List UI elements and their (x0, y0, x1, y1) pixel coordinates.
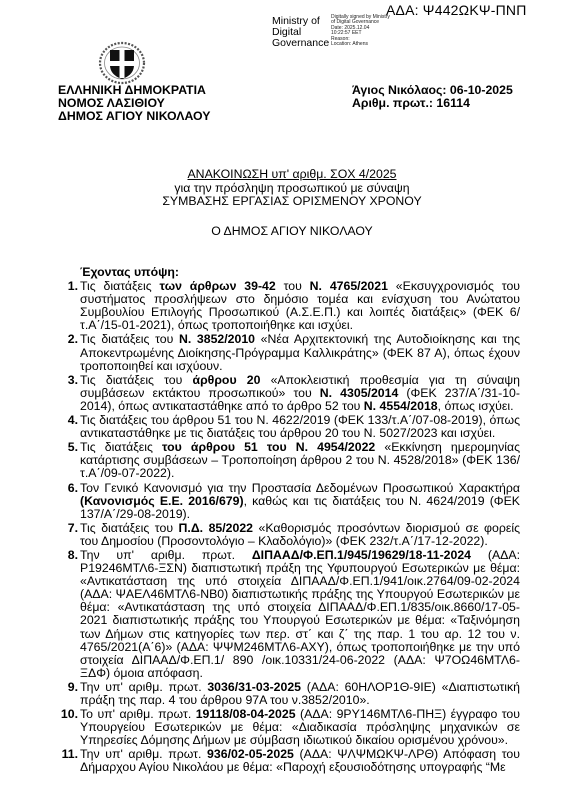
greek-coat-of-arms-icon (96, 41, 148, 85)
issuer-line-municipality: ΔΗΜΟΣ ΑΓΙΟΥ ΝΙΚΟΛΑΟΥ (58, 110, 210, 123)
title-line-3: ΣΥΜΒΑΣΗΣ ΕΡΓΑΣΙΑΣ ΟΡΙΣΜΕΝΟΥ ΧΡΟΝΟΥ (0, 195, 584, 209)
list-item: 2.Τις διατάξεις του Ν. 3852/2010 «Νέα Αρ… (58, 333, 520, 372)
title-line-2: για την πρόσληψη προσωπικού με σύναψη (0, 182, 584, 196)
list-item-number: 7. (58, 522, 78, 535)
intro-heading: Έχοντας υπόψη: (58, 266, 520, 279)
list-item-text: Το υπ' αριθμ. πρωτ. 19118/08-04-2025 (ΑΔ… (80, 707, 520, 747)
signature-issuer-line: Governance (272, 38, 329, 49)
list-item-number: 2. (58, 333, 78, 346)
digital-signature-details: Digitally signed by Ministry of Digital … (331, 15, 390, 47)
document-body: Έχοντας υπόψη: 1.Τις διατάξεις των άρθρω… (58, 266, 520, 776)
list-item: 1.Τις διατάξεις των άρθρων 39-42 του Ν. … (58, 280, 520, 332)
list-item-text: Τις διατάξεις του Ν. 3852/2010 «Νέα Αρχι… (80, 332, 520, 372)
list-item: 11.Την υπ' αριθμ. πρωτ. 936/02-05-2025 (… (58, 748, 520, 774)
considerations-list: 1.Τις διατάξεις των άρθρων 39-42 του Ν. … (58, 280, 520, 774)
title-line-4: Ο ΔΗΜΟΣ ΑΓΙΟΥ ΝΙΚΟΛΑΟΥ (0, 225, 584, 239)
list-item-number: 5. (58, 441, 78, 454)
announcement-title: ΑΝΑΚΟΙΝΩΣΗ υπ' αριθμ. ΣΟΧ 4/2025 για την… (0, 168, 584, 238)
list-item-text: Τις διατάξεις του άρθρου 20 «Αποκλειστικ… (80, 373, 520, 413)
list-item-number: 4. (58, 414, 78, 427)
list-item-text: Την υπ' αριθμ. πρωτ. ΔΙΠΑΑΔ/Φ.ΕΠ.1/945/1… (80, 548, 520, 680)
list-item-text: Τις διατάξεις του άρθρου 51 του Ν. 4622/… (80, 413, 520, 440)
list-item-number: 1. (58, 280, 78, 293)
list-item: 3.Τις διατάξεις του άρθρου 20 «Αποκλειστ… (58, 374, 520, 413)
list-item-number: 3. (58, 374, 78, 387)
list-item: 10.Το υπ' αριθμ. πρωτ. 19118/08-04-2025 … (58, 708, 520, 747)
ada-header: ΑΔΑ: Ψ442ΩΚΨ-ΠΝΠ (386, 2, 527, 18)
title-line-1: ΑΝΑΚΟΙΝΩΣΗ υπ' αριθμ. ΣΟΧ 4/2025 (0, 168, 584, 182)
list-item-text: Την υπ' αριθμ. πρωτ. 936/02-05-2025 (ΑΔΑ… (80, 747, 520, 774)
list-item-text: Την υπ' αριθμ. πρωτ. 3036/31-03-2025 (ΑΔ… (80, 680, 520, 707)
list-item-text: Τις διατάξεις του άρθρου 51 του Ν. 4954/… (80, 440, 520, 480)
protocol-number: Αριθμ. πρωτ.: 16114 (352, 97, 513, 110)
issuer-block: ΕΛΛΗΝΙΚΗ ΔΗΜΟΚΡΑΤΙΑ ΝΟΜΟΣ ΛΑΣΙΘΙΟΥ ΔΗΜΟΣ… (58, 84, 210, 123)
list-item-number: 9. (58, 681, 78, 694)
digital-signature-issuer: Ministry of Digital Governance (272, 16, 329, 49)
list-item-number: 8. (58, 549, 78, 562)
list-item-number: 10. (52, 708, 78, 721)
list-item: 8.Την υπ' αριθμ. πρωτ. ΔΙΠΑΑΔ/Φ.ΕΠ.1/945… (58, 549, 520, 680)
signature-detail-line: Location: Athens (331, 42, 390, 47)
list-item: 7.Τις διατάξεις του Π.Δ. 85/2022 «Καθορι… (58, 522, 520, 548)
document-meta: Άγιος Νικόλαος: 06-10-2025 Αριθμ. πρωτ.:… (352, 84, 513, 110)
list-item-text: Τον Γενικό Κανονισμό για την Προστασία Δ… (80, 481, 520, 521)
list-item: 6.Τον Γενικό Κανονισμό για την Προστασία… (58, 482, 520, 521)
list-item-text: Τις διατάξεις του Π.Δ. 85/2022 «Καθορισμ… (80, 521, 520, 548)
list-item: 5.Τις διατάξεις του άρθρου 51 του Ν. 495… (58, 441, 520, 480)
list-item-text: Τις διατάξεις των άρθρων 39-42 του Ν. 47… (80, 279, 520, 332)
list-item-number: 6. (58, 482, 78, 495)
list-item: 9.Την υπ' αριθμ. πρωτ. 3036/31-03-2025 (… (58, 681, 520, 707)
list-item-number: 11. (52, 748, 78, 761)
list-item: 4.Τις διατάξεις του άρθρου 51 του Ν. 462… (58, 414, 520, 440)
